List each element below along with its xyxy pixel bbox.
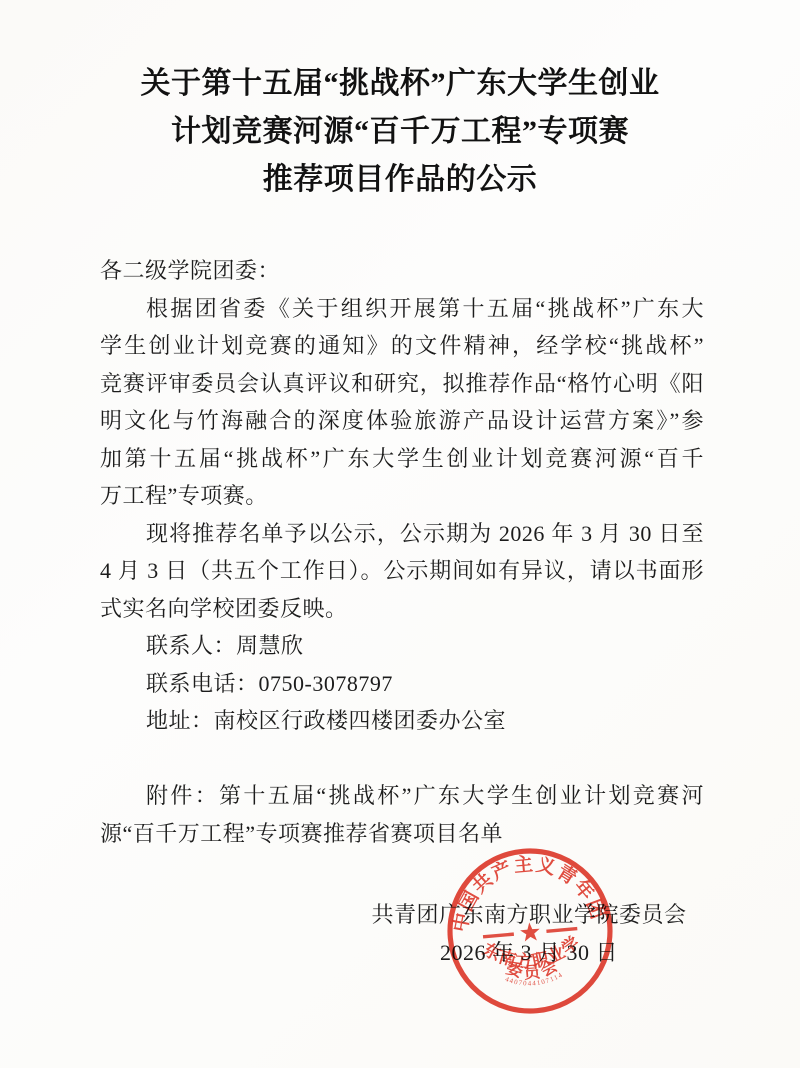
seal-serial-text: 4407044107114 (503, 971, 565, 990)
contact-person-line: 联系人：周慧欣 (100, 627, 704, 665)
salutation: 各二级学院团委： (100, 252, 704, 290)
title-line: 计划竞赛河源“百千万工程”专项赛 (0, 108, 800, 156)
body-line: 学生创业计划竞赛的通知》的文件精神，经学校“挑战杯” (100, 327, 704, 365)
body-line: 竞赛评审委员会认真评议和研究，拟推荐作品“格竹心明《阳 (100, 365, 704, 403)
attachment-line: 源“百千万工程”专项赛推荐省赛项目名单 (100, 815, 704, 853)
contact-phone-line: 联系电话：0750-3078797 (100, 665, 704, 703)
attachment-line: 附件：第十五届“挑战杯”广东大学生创业计划竞赛河 (100, 777, 704, 815)
body-line: 万工程”专项赛。 (100, 477, 704, 515)
svg-text:4407044107114: 4407044107114 (503, 971, 565, 990)
document-body: 各二级学院团委： 根据团省委《关于组织开展第十五届“挑战杯”广东大 学生创业计划… (100, 252, 704, 852)
contact-address-line: 地址：南校区行政楼四楼团委办公室 (100, 702, 704, 740)
body-line: 加第十五届“挑战杯”广东大学生创业计划竞赛河源“百千 (100, 440, 704, 478)
title-line: 推荐项目作品的公示 (0, 156, 800, 204)
body-line: 根据团省委《关于组织开展第十五届“挑战杯”广东大 (100, 290, 704, 328)
signature-date: 2026 年 3 月 30 日 (368, 934, 690, 972)
signature-block: 共青团广东南方职业学院委员会 2026 年 3 月 30 日 (368, 896, 690, 972)
title-line: 关于第十五届“挑战杯”广东大学生创业 (0, 60, 800, 108)
body-line: 4 月 3 日（共五个工作日）。公示期间如有异议，请以书面形 (100, 552, 704, 590)
body-line: 现将推荐名单予以公示，公示期为 2026 年 3 月 30 日至 (100, 515, 704, 553)
document-page: 关于第十五届“挑战杯”广东大学生创业 计划竞赛河源“百千万工程”专项赛 推荐项目… (0, 0, 800, 1068)
body-line: 明文化与竹海融合的深度体验旅游产品设计运营方案》”参 (100, 402, 704, 440)
signature-org: 共青团广东南方职业学院委员会 (368, 896, 690, 934)
document-title: 关于第十五届“挑战杯”广东大学生创业 计划竞赛河源“百千万工程”专项赛 推荐项目… (0, 60, 800, 204)
body-line: 式实名向学校团委反映。 (100, 590, 704, 628)
